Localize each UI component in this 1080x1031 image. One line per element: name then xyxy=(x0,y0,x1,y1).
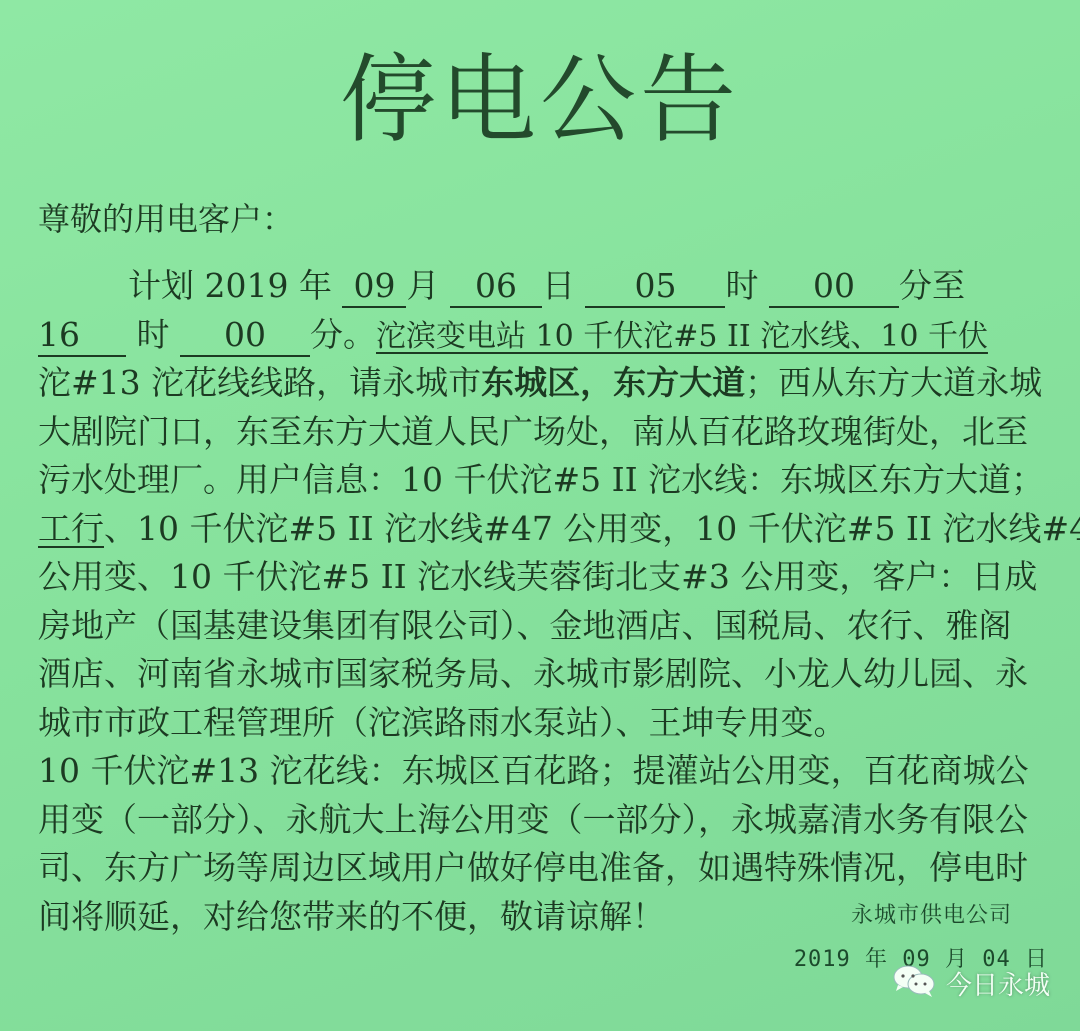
body-line-13: 司、东方广场等周边区域用户做好停电准备，如遇特殊情况，停电时 xyxy=(38,844,1058,893)
body-line-10: 城市市政工程管理所（沱滨路雨水泵站）、王坤专用变。 xyxy=(38,699,1058,748)
end-minute-label: 分。 xyxy=(310,315,376,354)
day-label: 日 xyxy=(542,266,575,305)
hour-label: 时 xyxy=(725,266,758,305)
end-hour-field: 16 xyxy=(38,315,126,357)
greeting: 尊敬的用电客户： xyxy=(38,200,294,238)
notice-body: 计划 2019 年 09月 06日 05时 00分至 16 时 00分。沱滨变电… xyxy=(38,262,1058,941)
schedule-line-1: 计划 2019 年 09月 06日 05时 00分至 xyxy=(38,262,1058,311)
end-minute-field: 00 xyxy=(180,315,310,357)
day-field: 06 xyxy=(450,266,542,308)
line-text: ；西从东方大道永城 xyxy=(745,363,1042,402)
month-field: 09 xyxy=(342,266,406,308)
area-bold: 东城区，东方大道 xyxy=(481,363,745,402)
body-line-5: 污水处理厂。用户信息：10 千伏沱#5 II 沱水线：东城区东方大道； xyxy=(38,456,1058,505)
body-line-6: 工行、10 千伏沱#5 II 沱水线#47 公用变，10 千伏沱#5 II 沱水… xyxy=(38,505,1058,554)
month-label: 月 xyxy=(406,266,439,305)
end-hour-label: 时 xyxy=(137,315,170,354)
body-line-3: 沱#13 沱花线线路，请永城市东城区，东方大道；西从东方大道永城 xyxy=(38,359,1058,408)
line-text: 、10 千伏沱#5 II 沱水线#47 公用变，10 千伏沱#5 II 沱水线#… xyxy=(104,509,1080,548)
body-line-12: 用变（一部分）、永航大上海公用变（一部分），永城嘉清水务有限公 xyxy=(38,796,1058,845)
substation-line: 沱滨变电站 10 千伏沱#5 II 沱水线、10 千伏 xyxy=(376,319,988,354)
start-minute-field: 00 xyxy=(769,266,899,308)
schedule-prefix: 计划 2019 年 xyxy=(128,266,332,305)
minute-to-label: 分至 xyxy=(899,266,965,305)
line-text: 沱#13 沱花线线路，请永城市 xyxy=(38,363,481,402)
watermark: 今日永城 xyxy=(892,963,1050,1003)
body-line-9: 酒店、河南省永城市国家税务局、永城市影剧院、小龙人幼儿园、永 xyxy=(38,650,1058,699)
wechat-icon xyxy=(892,963,936,1003)
start-hour-field: 05 xyxy=(585,266,725,308)
signature-company: 永城市供电公司 xyxy=(851,898,1012,929)
notice-title: 停电公告 xyxy=(0,52,1080,148)
schedule-line-2: 16 时 00分。沱滨变电站 10 千伏沱#5 II 沱水线、10 千伏 xyxy=(38,311,1058,360)
icbc-underlined: 工行 xyxy=(38,509,104,548)
body-line-4: 大剧院门口，东至东方大道人民广场处，南从百花路玫瑰街处，北至 xyxy=(38,408,1058,457)
body-line-8: 房地产（国基建设集团有限公司）、金地酒店、国税局、农行、雅阁 xyxy=(38,602,1058,651)
body-line-7: 公用变、10 千伏沱#5 II 沱水线芙蓉街北支#3 公用变，客户：日成 xyxy=(38,553,1058,602)
watermark-text: 今日永城 xyxy=(946,965,1050,1002)
body-line-11: 10 千伏沱#13 沱花线：东城区百花路；提灌站公用变，百花商城公 xyxy=(38,747,1058,796)
